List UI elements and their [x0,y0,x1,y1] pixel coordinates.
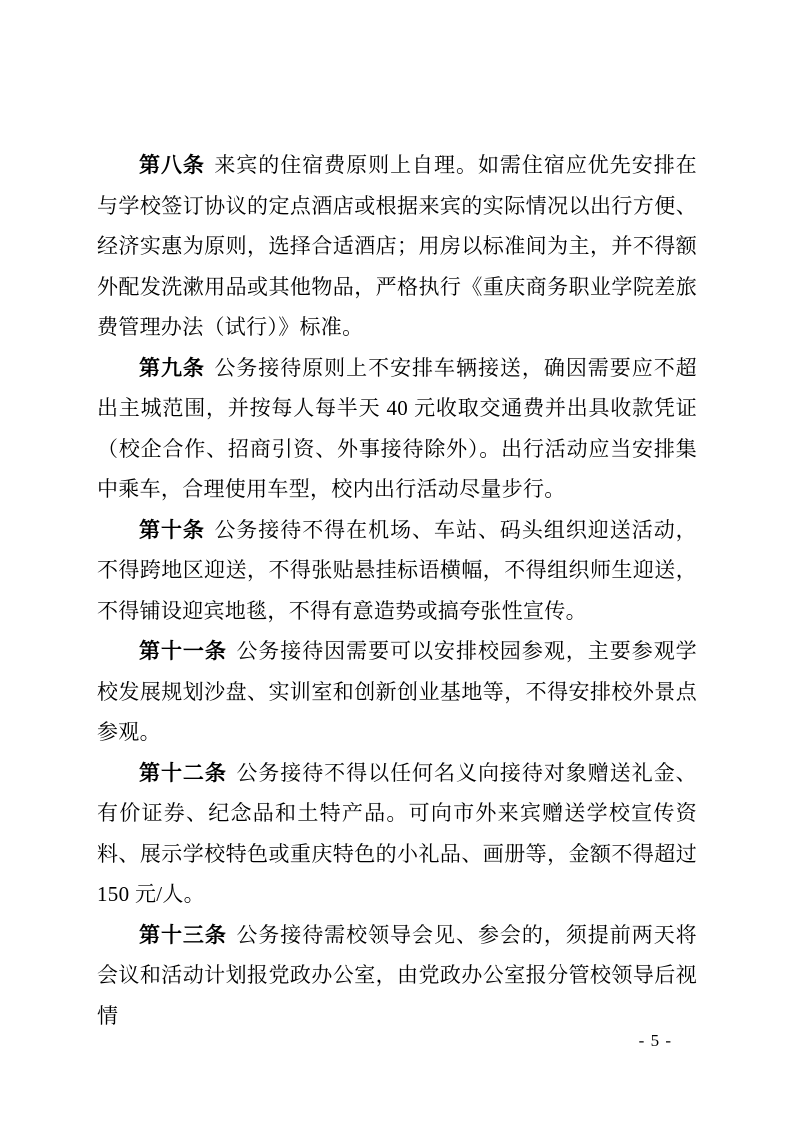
paragraph-article-9: 第九条公务接待原则上不安排车辆接送，确因需要应不超出主城范围，并按每人每半天 4… [97,348,697,510]
paragraph-article-11: 第十一条公务接待因需要可以安排校园参观，主要参观学校发展规划沙盘、实训室和创新创… [97,631,697,753]
paragraph-article-10: 第十条公务接待不得在机场、车站、码头组织迎送活动，不得跨地区迎送，不得张贴悬挂标… [97,510,697,632]
paragraph-article-13: 第十三条公务接待需校领导会见、参会的，须提前两天将会议和活动计划报党政办公室，由… [97,915,697,1037]
page-number: - 5 - [639,1030,672,1052]
paragraph-article-8: 第八条来宾的住宿费原则上自理。如需住宿应优先安排在与学校签订协议的定点酒店或根据… [97,145,697,348]
article-10-number: 第十条 [139,518,205,542]
paragraph-article-12: 第十二条公务接待不得以任何名义向接待对象赠送礼金、有价证券、纪念品和土特产品。可… [97,753,697,915]
article-11-number: 第十一条 [139,639,227,663]
body-text: 第八条来宾的住宿费原则上自理。如需住宿应优先安排在与学校签订协议的定点酒店或根据… [97,145,697,1036]
article-8-number: 第八条 [139,153,205,177]
article-12-number: 第十二条 [139,761,227,785]
article-13-number: 第十三条 [139,923,227,947]
article-8-text: 来宾的住宿费原则上自理。如需住宿应优先安排在与学校签订协议的定点酒店或根据来宾的… [97,153,697,339]
article-9-number: 第九条 [139,356,205,380]
document-page: 第八条来宾的住宿费原则上自理。如需住宿应优先安排在与学校签订协议的定点酒店或根据… [0,0,794,1123]
